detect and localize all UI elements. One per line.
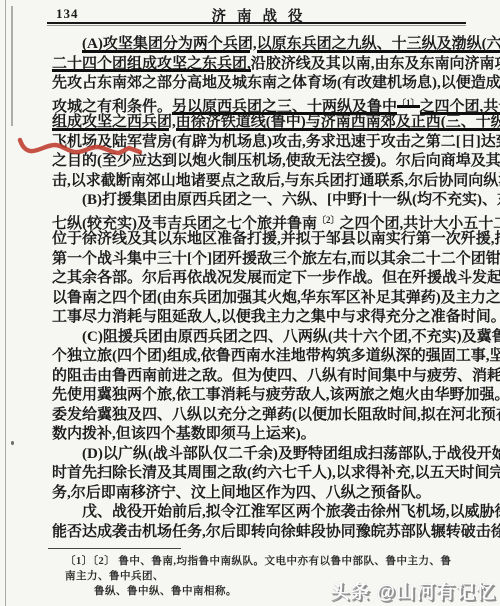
text-segment: 工事尽力消耗与阻延敌人,以便我主力之集中与求得充分之准备时间。 [52,309,500,325]
text-segment: 击,以求截断南郊山地诸要点之敌后,与东兵团打通联系,尔后协同向纵深攻击。 [52,173,500,189]
text-line: 攻城之有利条件。另以原西兵团之三、十两纵及鲁中〔1〕之四个团,共十九个团 [52,94,462,114]
text-line: 务,尔后即南移济宁、汶上间地区作为四、八纵之预备队。 [52,484,462,504]
text-segment: 第一个战斗集中三十[个]团歼援敌三个旅左右,而以其余二十二个团钳制援敌 [52,251,500,267]
text-segment: 以鲁南之四个团(由东兵团加强其火炮,华东军区补足其弹药)及主力之一部,依 [52,290,500,306]
watermark: 头条 @山河有记忆 [330,577,496,604]
text-line: 以鲁南之四个团(由东兵团加强其火炮,华东军区补足其弹药)及主力之一部,依 [52,289,462,309]
text-segment: 委发给冀独及四、八纵以充分之弹药(以便加长阻敌时间,拟在河北预存四个基 [52,407,500,423]
text-line: (B)打援集团由原西兵团之一、六纵、[中野]十一纵(均不充实)、东兵团之 [52,191,462,211]
text-segment: 先使用冀独两个旅,依工事消耗与疲劳敌人,该两旅之炮火由华野加强。但请军 [52,387,500,403]
underlined-text: 组成攻坚之西兵团, [52,114,176,131]
text-segment: 先攻占东南郊之部分高地及城东南之体育场(有改建机场息),以便造成下一步 [52,75,500,91]
text-segment: (C)阻援兵团由原西兵团之四、八两纵(共十六个团,不充实)及冀鲁豫之两 [82,329,500,345]
text-segment: 能否达成袭击机场任务,尔后即转向徐蚌段协同豫皖苏部队辗转破击徐蚌段。 [52,524,500,540]
text-line: 个独立旅(四个团)组成,依鲁西南水洼地带构筑多道纵深的强固工事,坚决顽强 [52,347,462,367]
text-line: 先使用冀独两个旅,依工事消耗与疲劳敌人,该两旅之炮火由华野加强。但请军 [52,386,462,406]
text-line: 之目的(至少应达到以炮火制压机场,使敌无法空援)。尔后向商埠及其以南攻 [52,152,462,172]
text-line: 能否达成袭击机场任务,尔后即转向徐蚌段协同豫皖苏部队辗转破击徐蚌段。 [52,523,462,543]
text-segment: (D)以广纵(战斗部队仅二千余)及野特团组成扫荡部队,于战役开始之同 [82,446,500,462]
footnote-separator [48,548,181,549]
text-segment: 位于徐济线及其以东地区准备打援,并拟于邹县以南实行第一次歼援,拟首先于 [52,231,500,247]
underlined-text: (A)攻坚集团分为两个兵团, [82,36,257,53]
footnote-ref-marker: 〔2〕 [317,215,340,225]
scanned-book-page: 134 济南战役 (A)攻坚集团分为两个兵团,以原东兵团之九纵、十三纵及渤纵(六… [0,0,500,606]
underlined-text: 以原东兵团之九纵、十三纵及渤纵(六个团)共 [257,36,500,53]
text-line: 二十四个团组成攻坚之东兵团,沿胶济线及其以南,由东及东南向济南攻击,首 [52,55,462,75]
text-line: 之其余各部。尔后再依战况发展而定下一步作战。但在歼援战斗发起之前,拟 [52,269,462,289]
text-line: 七纵(较充实)及韦吉兵团之七个旅并鲁南〔2〕之四个团,共计大小五十二个团, [52,211,462,231]
scan-speck [11,441,14,445]
header-rule [47,22,466,24]
text-line: 组成攻坚之西兵团,由徐济铁道线(鲁中)与济南西南郊及正西(三、十纵)集力向 [52,113,462,133]
page-edge-shadow [11,6,13,126]
text-line: 位于徐济线及其以东地区准备打援,并拟于邹县以南实行第一次歼援,拟首先于 [52,230,462,250]
text-segment: 数内拨补,但该四个基数即须马上运来)。 [52,426,316,442]
page-edge-line [5,0,6,606]
text-line: 第一个战斗集中三十[个]团歼援敌三个旅左右,而以其余二十二个团钳制援敌 [52,250,462,270]
text-segment: 沿胶济线及其以南,由东及东南向济南攻击,首 [251,56,500,72]
body-text: (A)攻坚集团分为两个兵团,以原东兵团之九纵、十三纵及渤纵(六个团)共二十四个团… [52,35,462,542]
footnote-ref-marker: 〔1〕 [397,98,420,109]
text-line: 戊、战役开始前后,拟令江淮军区两个旅袭击徐州飞机场,以威胁徐州,不论 [52,503,462,523]
underlined-text: 二十四个团组成攻坚之东兵团, [52,56,251,73]
text-segment: 时首先扫除长清及其周围之敌(约六七千人),以求得补充,以五天时间完成任 [52,465,500,481]
text-line: (C)阻援兵团由原西兵团之四、八两纵(共十六个团,不充实)及冀鲁豫之两 [52,328,462,348]
text-line: 的阻击由鲁西南前进之敌。但为使四、八纵有时间集中与疲劳、消耗敌人,拟首 [52,367,462,387]
underlined-text: 由徐济铁道线(鲁中)与济南西南郊及正西(三、十纵)集力向 [176,114,500,131]
text-line: 委发给冀独及四、八纵以充分之弹药(以便加长阻敌时间,拟在河北预存四个基 [52,406,462,426]
text-segment: 之其余各部。尔后再依战况发展而定下一步作战。但在歼援战斗发起之前,拟 [52,270,500,286]
text-segment: 务,尔后即南移济宁、汶上间地区作为四、八纵之预备队。 [52,485,431,501]
text-line: 飞机场及陆军营房(有辟为机场息)攻击,务求迅速于攻击之第二[日]达到攻占 [52,133,462,153]
text-segment: 戊、战役开始前后,拟令江淮军区两个旅袭击徐州飞机场,以威胁徐州,不论 [82,504,500,520]
text-segment: 之目的(至少应达到以炮火制压机场,使敌无法空援)。尔后向商埠及其以南攻 [52,153,500,169]
text-line: 工事尽力消耗与阻延敌人,以便我主力之集中与求得充分之准备时间。 [52,308,462,328]
text-line: (A)攻坚集团分为两个兵团,以原东兵团之九纵、十三纵及渤纵(六个团)共 [52,35,462,55]
text-segment: 飞机场及陆军营房(有辟为机场息)攻击,务求迅速于攻击之第二[日]达到攻占 [52,134,500,150]
text-line: (D)以广纵(战斗部队仅二千余)及野特团组成扫荡部队,于战役开始之同 [52,445,462,465]
text-segment: (B)打援集团由原西兵团之一、六纵、[中野]十一纵(均不充实)、东兵团之 [82,192,500,208]
text-line: 击,以求截断南郊山地诸要点之敌后,与东兵团打通联系,尔后协同向纵深攻击。 [52,172,462,192]
text-line: 先攻占东南郊之部分高地及城东南之体育场(有改建机场息),以便造成下一步 [52,74,462,94]
text-segment: 的阻击由鲁西南前进之敌。但为使四、八纵有时间集中与疲劳、消耗敌人,拟首 [52,368,500,384]
text-line: 时首先扫除长清及其周围之敌(约六七千人),以求得补充,以五天时间完成任 [52,464,462,484]
text-segment: 个独立旅(四个团)组成,依鲁西南水洼地带构筑多道纵深的强固工事,坚决顽强 [52,348,500,364]
text-line: 数内拨补,但该四个基数即须马上运来)。 [52,425,462,445]
